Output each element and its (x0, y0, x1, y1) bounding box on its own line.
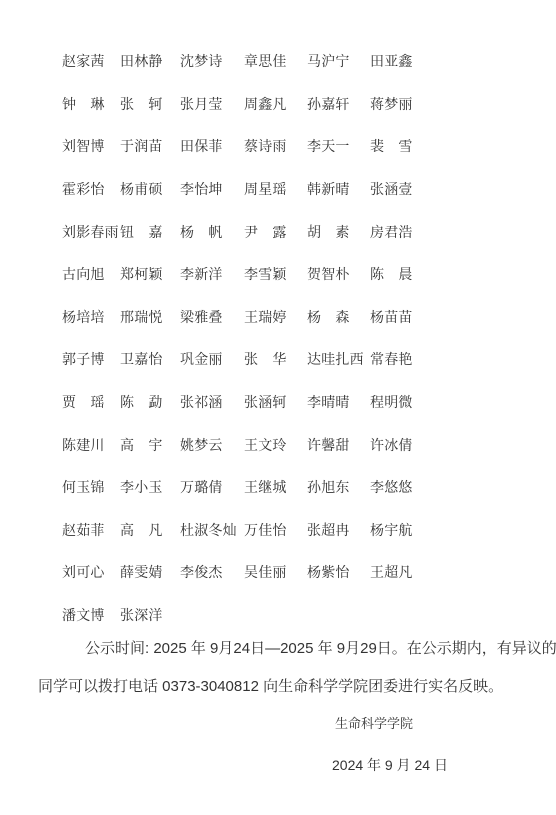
name-row: 霍彩怡杨甫硕李怡坤周星瑶韩新晴张涵壹 (62, 168, 556, 211)
student-name: 张涵壹 (370, 179, 556, 199)
student-name: 古向旭 (62, 264, 120, 284)
student-name: 沈梦诗 (180, 51, 244, 71)
student-name: 章思佳 (244, 51, 307, 71)
student-name: 王瑞婷 (244, 307, 307, 327)
student-name: 万璐倩 (180, 477, 244, 497)
student-name: 李雪颖 (244, 264, 307, 284)
student-name: 马沪宁 (307, 51, 370, 71)
name-row: 刘可心薛雯婧李俊杰吴佳丽杨紫怡王超凡 (62, 551, 556, 594)
student-name: 蔡诗雨 (244, 136, 307, 156)
student-name: 李怡坤 (180, 179, 244, 199)
student-name: 霍彩怡 (62, 179, 120, 199)
student-name: 李悠悠 (370, 477, 556, 497)
student-name: 薛雯婧 (120, 562, 180, 582)
student-name: 杨紫怡 (307, 562, 370, 582)
student-name: 杨 帆 (180, 222, 244, 242)
student-name: 韩新晴 (307, 179, 370, 199)
name-row: 刘影春雨钮 嘉杨 帆尹 露胡 素房君浩 (62, 210, 556, 253)
names-list: 赵家茜田林静沈梦诗章思佳马沪宁田亚鑫钟 琳张 轲张月莹周鑫凡孙嘉轩蒋梦丽刘智博于… (62, 40, 556, 636)
signature-org: 生命科学学院 (335, 713, 413, 732)
student-name: 刘可心 (62, 562, 120, 582)
student-name: 杨苗苗 (370, 307, 556, 327)
student-name: 郑柯颖 (120, 264, 180, 284)
student-name: 许冰倩 (370, 435, 556, 455)
student-name: 常春艳 (370, 349, 556, 369)
student-name: 刘影春雨 (62, 222, 120, 242)
name-row: 陈建川高 宇姚梦云王文玲许馨甜许冰倩 (62, 423, 556, 466)
student-name: 周星瑶 (244, 179, 307, 199)
student-name: 陈建川 (62, 435, 120, 455)
student-name: 杨甫硕 (120, 179, 180, 199)
student-name: 李天一 (307, 136, 370, 156)
student-name: 刘智博 (62, 136, 120, 156)
student-name: 李俊杰 (180, 562, 244, 582)
student-name: 吴佳丽 (244, 562, 307, 582)
student-name: 杜淑冬灿 (180, 520, 244, 540)
name-row: 杨培培邢瑞悦梁雅叠王瑞婷杨 森杨苗苗 (62, 296, 556, 339)
student-name: 杨培培 (62, 307, 120, 327)
student-name: 张 轲 (120, 94, 180, 114)
student-name: 张涵轲 (244, 392, 307, 412)
student-name: 张 华 (244, 349, 307, 369)
student-name: 孙嘉轩 (307, 94, 370, 114)
student-name: 蒋梦丽 (370, 94, 556, 114)
student-name: 潘文博 (62, 605, 120, 625)
student-name: 卫嘉怡 (120, 349, 180, 369)
student-name: 张祁涵 (180, 392, 244, 412)
signature-date: 2024 年 9 月 24 日 (332, 755, 448, 775)
name-row: 古向旭郑柯颖李新洋李雪颖贺智朴陈 晨 (62, 253, 556, 296)
student-name: 万佳怡 (244, 520, 307, 540)
notice-line-1: 公示时间: 2025 年 9月24日—2025 年 9月29日。在公示期内，有异… (38, 630, 524, 668)
student-name: 李新洋 (180, 264, 244, 284)
student-name: 尹 露 (244, 222, 307, 242)
student-name: 裴 雪 (370, 136, 556, 156)
student-name: 张深洋 (120, 605, 180, 625)
student-name: 邢瑞悦 (120, 307, 180, 327)
name-row: 赵家茜田林静沈梦诗章思佳马沪宁田亚鑫 (62, 40, 556, 83)
student-name: 高 宇 (120, 435, 180, 455)
student-name: 钟 琳 (62, 94, 120, 114)
student-name: 王文玲 (244, 435, 307, 455)
name-row: 贾 瑶陈 勐张祁涵张涵轲李晴晴程明微 (62, 381, 556, 424)
student-name: 杨 森 (307, 307, 370, 327)
student-name: 钮 嘉 (120, 222, 180, 242)
student-name: 张月莹 (180, 94, 244, 114)
student-name: 田保菲 (180, 136, 244, 156)
student-name: 程明微 (370, 392, 556, 412)
student-name: 胡 素 (307, 222, 370, 242)
student-name: 梁雅叠 (180, 307, 244, 327)
student-name: 于润苗 (120, 136, 180, 156)
student-name: 杨宇航 (370, 520, 556, 540)
student-name: 贾 瑶 (62, 392, 120, 412)
student-name: 陈 勐 (120, 392, 180, 412)
student-name: 贺智朴 (307, 264, 370, 284)
student-name: 赵家茜 (62, 51, 120, 71)
notice-line-2: 同学可以拨打电话 0373-3040812 向生命科学学院团委进行实名反映。 (38, 668, 524, 706)
notice-paragraph: 公示时间: 2025 年 9月24日—2025 年 9月29日。在公示期内，有异… (38, 630, 524, 706)
student-name: 孙旭东 (307, 477, 370, 497)
student-name: 房君浩 (370, 222, 556, 242)
student-name: 李晴晴 (307, 392, 370, 412)
student-name: 陈 晨 (370, 264, 556, 284)
student-name: 田亚鑫 (370, 51, 556, 71)
student-name: 李小玉 (120, 477, 180, 497)
name-row: 郭子博卫嘉怡巩金丽张 华达哇扎西常春艳 (62, 338, 556, 381)
name-row: 钟 琳张 轲张月莹周鑫凡孙嘉轩蒋梦丽 (62, 83, 556, 126)
student-name: 巩金丽 (180, 349, 244, 369)
student-name: 张超冉 (307, 520, 370, 540)
student-name: 姚梦云 (180, 435, 244, 455)
student-name: 王继城 (244, 477, 307, 497)
student-name: 许馨甜 (307, 435, 370, 455)
student-name: 赵茹菲 (62, 520, 120, 540)
student-name: 王超凡 (370, 562, 556, 582)
student-name: 田林静 (120, 51, 180, 71)
document-page: 赵家茜田林静沈梦诗章思佳马沪宁田亚鑫钟 琳张 轲张月莹周鑫凡孙嘉轩蒋梦丽刘智博于… (0, 0, 556, 815)
name-row: 刘智博于润苗田保菲蔡诗雨李天一裴 雪 (62, 125, 556, 168)
student-name: 达哇扎西 (307, 349, 370, 369)
student-name: 何玉锦 (62, 477, 120, 497)
name-row: 何玉锦李小玉万璐倩王继城孙旭东李悠悠 (62, 466, 556, 509)
name-row: 赵茹菲高 凡杜淑冬灿万佳怡张超冉杨宇航 (62, 509, 556, 552)
student-name: 高 凡 (120, 520, 180, 540)
student-name: 郭子博 (62, 349, 120, 369)
student-name: 周鑫凡 (244, 94, 307, 114)
